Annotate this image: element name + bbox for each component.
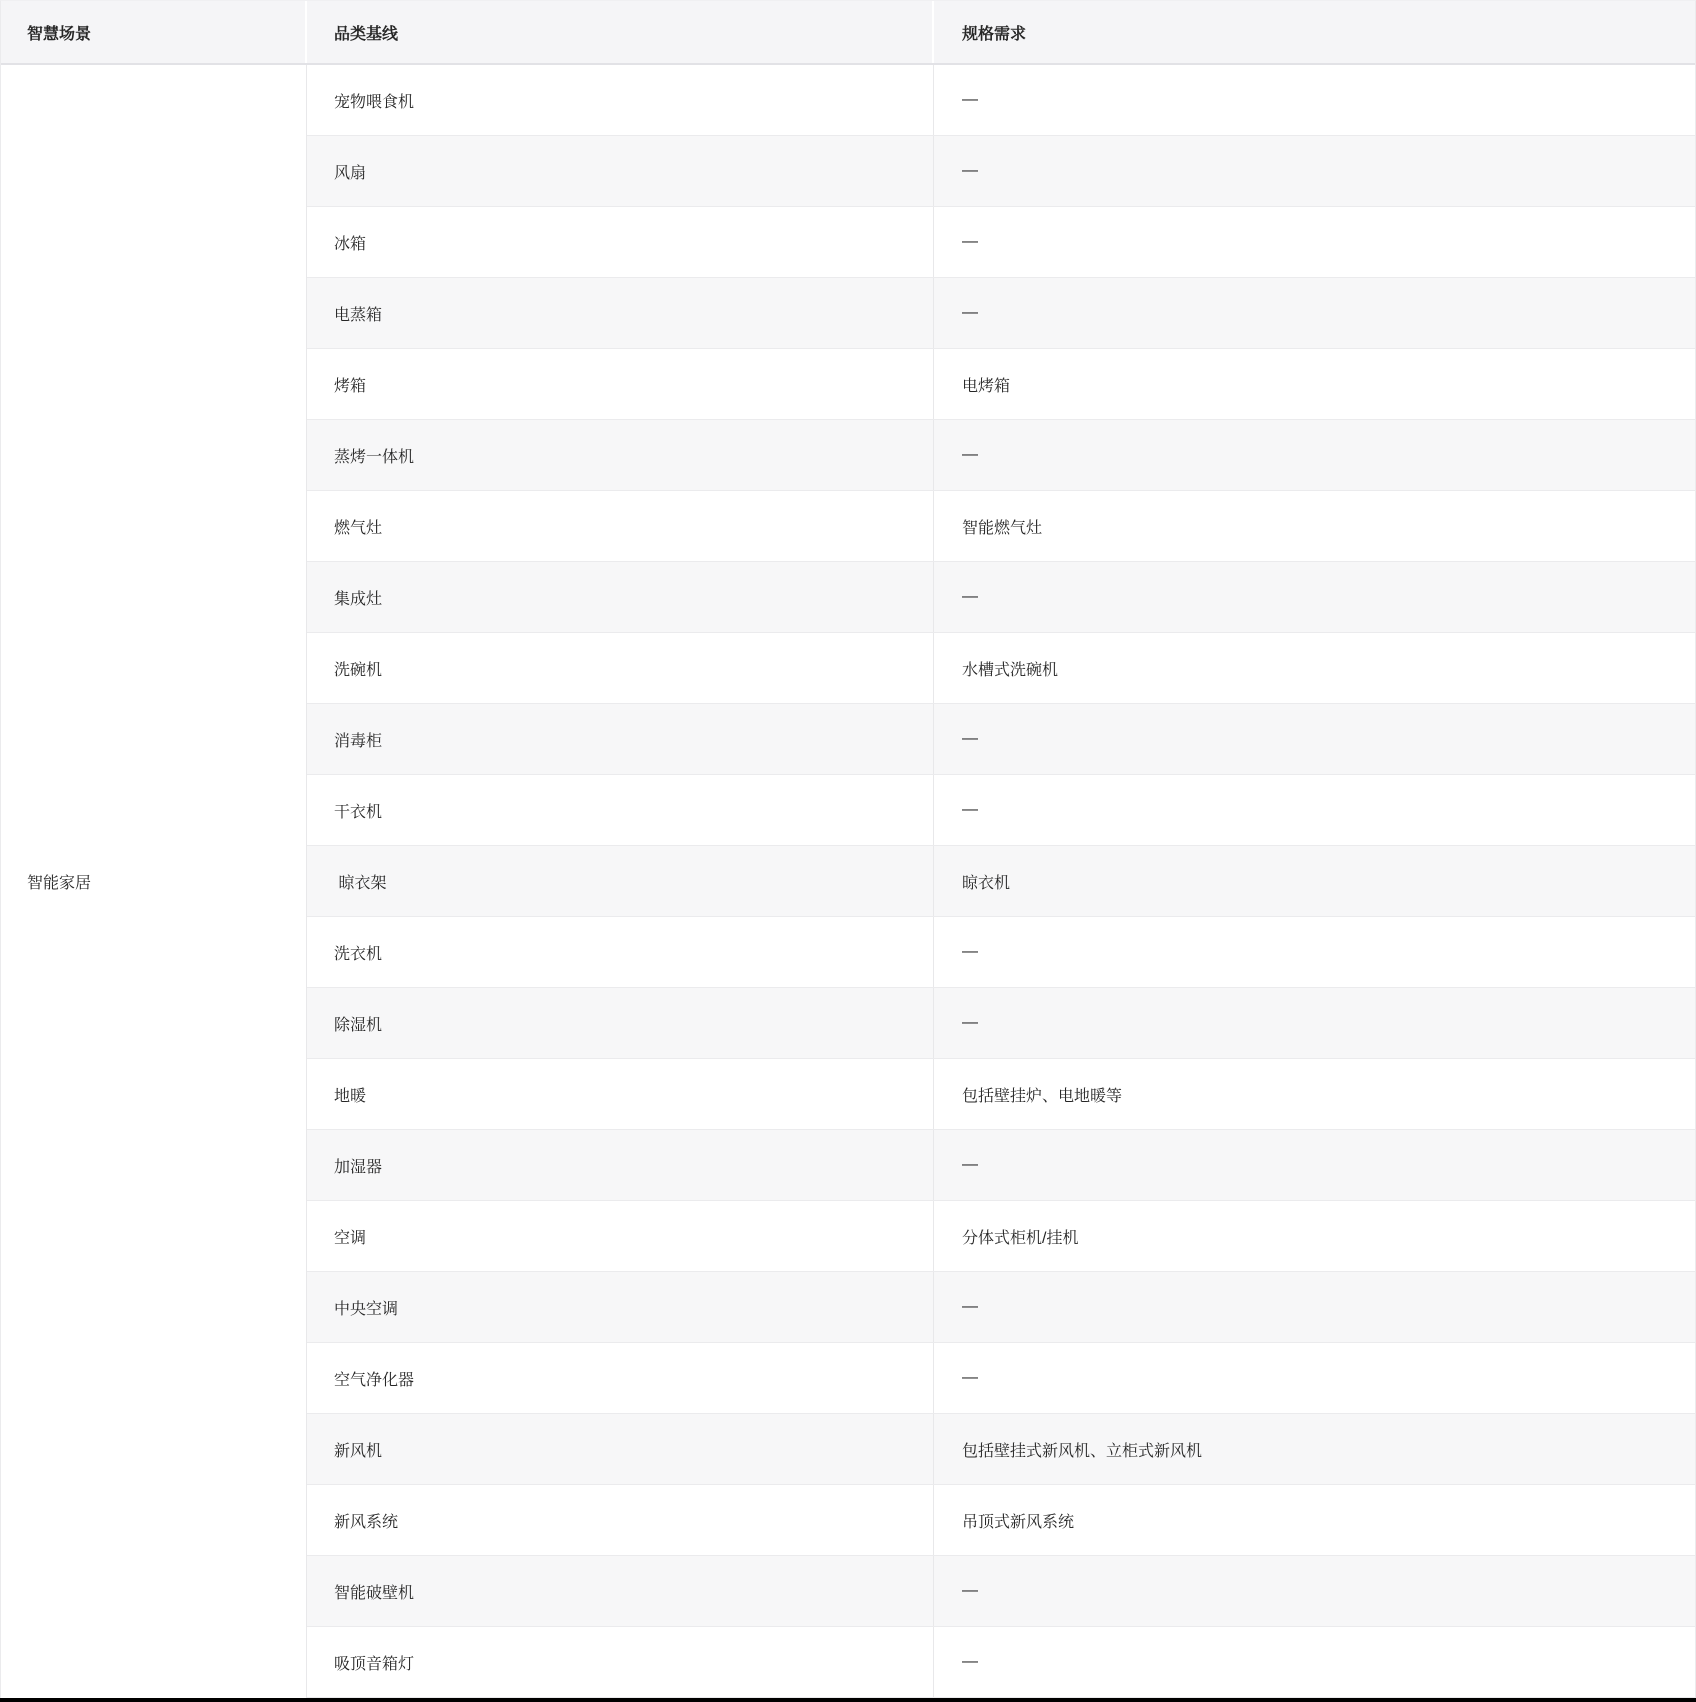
table-row: 新风系统 吊顶式新风系统 [307,1485,1695,1556]
category-cell: 中央空调 [307,1272,934,1342]
table-row: 空气净化器 — [307,1343,1695,1414]
table-body-rows: 宠物喂食机 — 风扇 — 冰箱 — 电蒸箱 — 烤箱 电烤箱 蒸烤一体机 — 燃… [307,65,1695,1698]
header-scene: 智慧场景 [1,1,307,63]
table-row: 洗碗机 水槽式洗碗机 [307,633,1695,704]
category-table: 智慧场景 品类基线 规格需求 智能家居 宠物喂食机 — 风扇 — 冰箱 — 电蒸… [0,0,1696,1698]
table-row: 新风机 包括壁挂式新风机、立柜式新风机 [307,1414,1695,1485]
spec-cell: — [934,1272,1695,1342]
spec-cell: 包括壁挂炉、电地暖等 [934,1059,1695,1129]
spec-cell: — [934,420,1695,490]
category-cell: 烤箱 [307,349,934,419]
spec-cell: — [934,136,1695,206]
spec-cell: 分体式柜机/挂机 [934,1201,1695,1271]
scene-merged-cell: 智能家居 [1,65,307,1698]
table-row: 晾衣架 晾衣机 [307,846,1695,917]
category-cell: 消毒柜 [307,704,934,774]
table-row: 蒸烤一体机 — [307,420,1695,491]
category-cell: 电蒸箱 [307,278,934,348]
table-row: 吸顶音箱灯 — [307,1627,1695,1698]
table-row: 地暖 包括壁挂炉、电地暖等 [307,1059,1695,1130]
table-row: 风扇 — [307,136,1695,207]
category-cell: 洗衣机 [307,917,934,987]
category-cell: 干衣机 [307,775,934,845]
spec-cell: — [934,1556,1695,1626]
spec-cell: — [934,775,1695,845]
spec-cell: 智能燃气灶 [934,491,1695,561]
category-cell: 除湿机 [307,988,934,1058]
category-cell: 集成灶 [307,562,934,632]
spec-cell: — [934,988,1695,1058]
spec-cell: 包括壁挂式新风机、立柜式新风机 [934,1414,1695,1484]
table-row: 智能破壁机 — [307,1556,1695,1627]
category-cell: 吸顶音箱灯 [307,1627,934,1697]
spec-cell: 水槽式洗碗机 [934,633,1695,703]
table-row: 干衣机 — [307,775,1695,846]
table-row: 冰箱 — [307,207,1695,278]
category-cell: 新风系统 [307,1485,934,1555]
category-cell: 空调 [307,1201,934,1271]
table-row: 中央空调 — [307,1272,1695,1343]
spec-cell: — [934,1130,1695,1200]
spec-cell: — [934,278,1695,348]
spec-cell: — [934,704,1695,774]
table-row: 电蒸箱 — [307,278,1695,349]
header-spec: 规格需求 [934,1,1695,63]
table-row: 消毒柜 — [307,704,1695,775]
category-cell: 洗碗机 [307,633,934,703]
category-baseline-page: 智慧场景 品类基线 规格需求 智能家居 宠物喂食机 — 风扇 — 冰箱 — 电蒸… [0,0,1696,1702]
table-row: 空调 分体式柜机/挂机 [307,1201,1695,1272]
bottom-bar [0,1698,1696,1702]
category-cell: 蒸烤一体机 [307,420,934,490]
table-row: 烤箱 电烤箱 [307,349,1695,420]
spec-cell: — [934,562,1695,632]
spec-cell: — [934,1627,1695,1697]
category-cell: 风扇 [307,136,934,206]
table-body: 智能家居 宠物喂食机 — 风扇 — 冰箱 — 电蒸箱 — 烤箱 电烤箱 蒸烤一体… [1,65,1695,1698]
table-row: 宠物喂食机 — [307,65,1695,136]
header-category: 品类基线 [307,1,934,63]
spec-cell: — [934,917,1695,987]
category-cell: 加湿器 [307,1130,934,1200]
category-cell: 新风机 [307,1414,934,1484]
table-row: 洗衣机 — [307,917,1695,988]
category-cell: 冰箱 [307,207,934,277]
category-cell: 智能破壁机 [307,1556,934,1626]
table-row: 集成灶 — [307,562,1695,633]
category-cell: 空气净化器 [307,1343,934,1413]
table-row: 燃气灶 智能燃气灶 [307,491,1695,562]
category-cell: 地暖 [307,1059,934,1129]
table-row: 除湿机 — [307,988,1695,1059]
spec-cell: — [934,65,1695,135]
spec-cell: — [934,1343,1695,1413]
category-cell: 燃气灶 [307,491,934,561]
category-cell: 宠物喂食机 [307,65,934,135]
category-cell: 晾衣架 [307,846,934,916]
table-header-row: 智慧场景 品类基线 规格需求 [1,1,1695,65]
spec-cell: — [934,207,1695,277]
spec-cell: 吊顶式新风系统 [934,1485,1695,1555]
spec-cell: 晾衣机 [934,846,1695,916]
spec-cell: 电烤箱 [934,349,1695,419]
table-row: 加湿器 — [307,1130,1695,1201]
